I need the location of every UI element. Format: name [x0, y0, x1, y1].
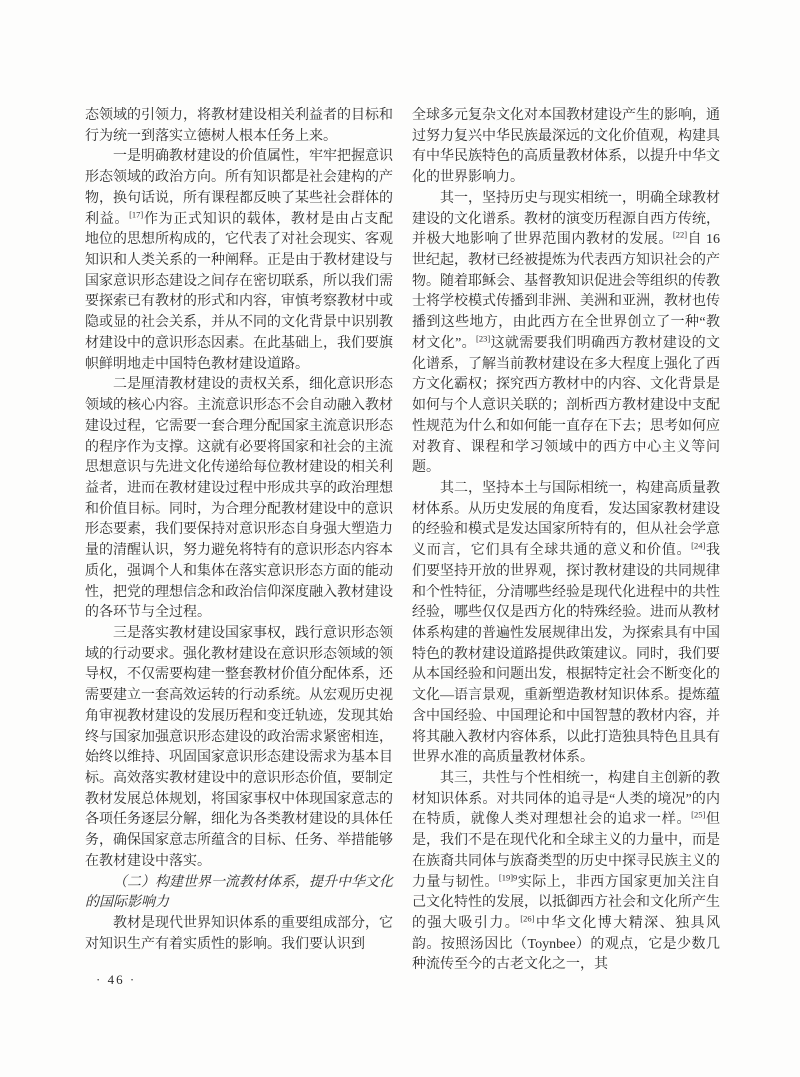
paragraph-text: 三是落实教材建设国家事权，践行意识形态领域的行动要求。强化教材建设在意识形态领域…: [85, 626, 393, 869]
page-number: · 46 ·: [96, 972, 136, 988]
subsection-heading: （二）构建世界一流教材体系，提升中华文化的国际影响力: [85, 873, 393, 914]
citation-ref: [25]: [691, 810, 705, 820]
right-column: 全球多元复杂文化对本国教材建设产生的影响，通过努力复兴中华民族最深远的文化价值观…: [412, 106, 720, 976]
paragraph-text: 其三，共性与个性相统一，构建自主创新的教材知识体系。对共同体的追寻是“人类的境况…: [412, 771, 720, 827]
paragraph-text: 这就需要我们明确西方教材建设的文化谱系，了解当前教材建设在多大程度上强化了西方文…: [412, 336, 720, 475]
paragraph-text: 态领域的引领力，将教材建设相关利益者的目标和行为统一到落实立德树人根本任务上来。: [85, 108, 393, 144]
citation-ref: [19]9: [499, 872, 517, 882]
paper-page: 态领域的引领力，将教材建设相关利益者的目标和行为统一到落实立德树人根本任务上来。…: [0, 0, 800, 1077]
paragraph: 态领域的引领力，将教材建设相关利益者的目标和行为统一到落实立德树人根本任务上来。: [85, 106, 393, 147]
paragraph-text: 作为正式知识的载体，教材是由占支配地位的思想所构成的，它代表了对社会现实、客观知…: [85, 212, 393, 372]
paragraph: 其一，坚持历史与现实相统一，明确全球教材建设的文化谱系。教材的演变历程源自西方传…: [412, 189, 720, 479]
paragraph-text: 二是厘清教材建设的责权关系，细化意识形态领域的核心内容。主流意识形态不会自动融入…: [85, 377, 393, 620]
paragraph-text: 自 16 世纪起，教材已经被提炼为代表西方知识社会的产物。随着耶稣会、基督教知识…: [412, 232, 720, 351]
citation-ref: [23]: [476, 333, 490, 343]
paragraph: 教材是现代世界知识体系的重要组成部分，它对知识生产有着实质性的影响。我们要认识到: [85, 914, 393, 955]
paragraph: 二是厘清教材建设的责权关系，细化意识形态领域的核心内容。主流意识形态不会自动融入…: [85, 375, 393, 624]
subsection-heading-text: （二）构建世界一流教材体系，提升中华文化的国际影响力: [85, 875, 393, 911]
citation-ref: [22]: [673, 230, 687, 240]
paragraph: 一是明确教材建设的价值属性，牢牢把握意识形态领域的政治方向。所有知识都是社会建构…: [85, 147, 393, 375]
citation-ref: [24]: [691, 540, 705, 550]
left-column: 态领域的引领力，将教材建设相关利益者的目标和行为统一到落实立德树人根本任务上来。…: [85, 106, 393, 955]
paragraph: 其二，坚持本土与国际相统一，构建高质量教材体系。从历史发展的角度看，发达国家教材…: [412, 479, 720, 769]
paragraph: 三是落实教材建设国家事权，践行意识形态领域的行动要求。强化教材建设在意识形态领域…: [85, 624, 393, 873]
citation-ref: [26]: [520, 913, 534, 923]
paragraph: 其三，共性与个性相统一，构建自主创新的教材知识体系。对共同体的追寻是“人类的境况…: [412, 769, 720, 976]
paragraph-text: 我们要坚持开放的世界观，探讨教材建设的共同规律和个性特征，分清哪些经验是现代化进…: [412, 543, 720, 765]
paragraph-text: 其二，坚持本土与国际相统一，构建高质量教材体系。从历史发展的角度看，发达国家教材…: [412, 481, 720, 558]
paragraph-text: 全球多元复杂文化对本国教材建设产生的影响，通过努力复兴中华民族最深远的文化价值观…: [412, 108, 720, 185]
paragraph-text: 教材是现代世界知识体系的重要组成部分，它对知识生产有着实质性的影响。我们要认识到: [85, 916, 393, 952]
paragraph: 全球多元复杂文化对本国教材建设产生的影响，通过努力复兴中华民族最深远的文化价值观…: [412, 106, 720, 189]
citation-ref: [17]: [129, 209, 143, 219]
